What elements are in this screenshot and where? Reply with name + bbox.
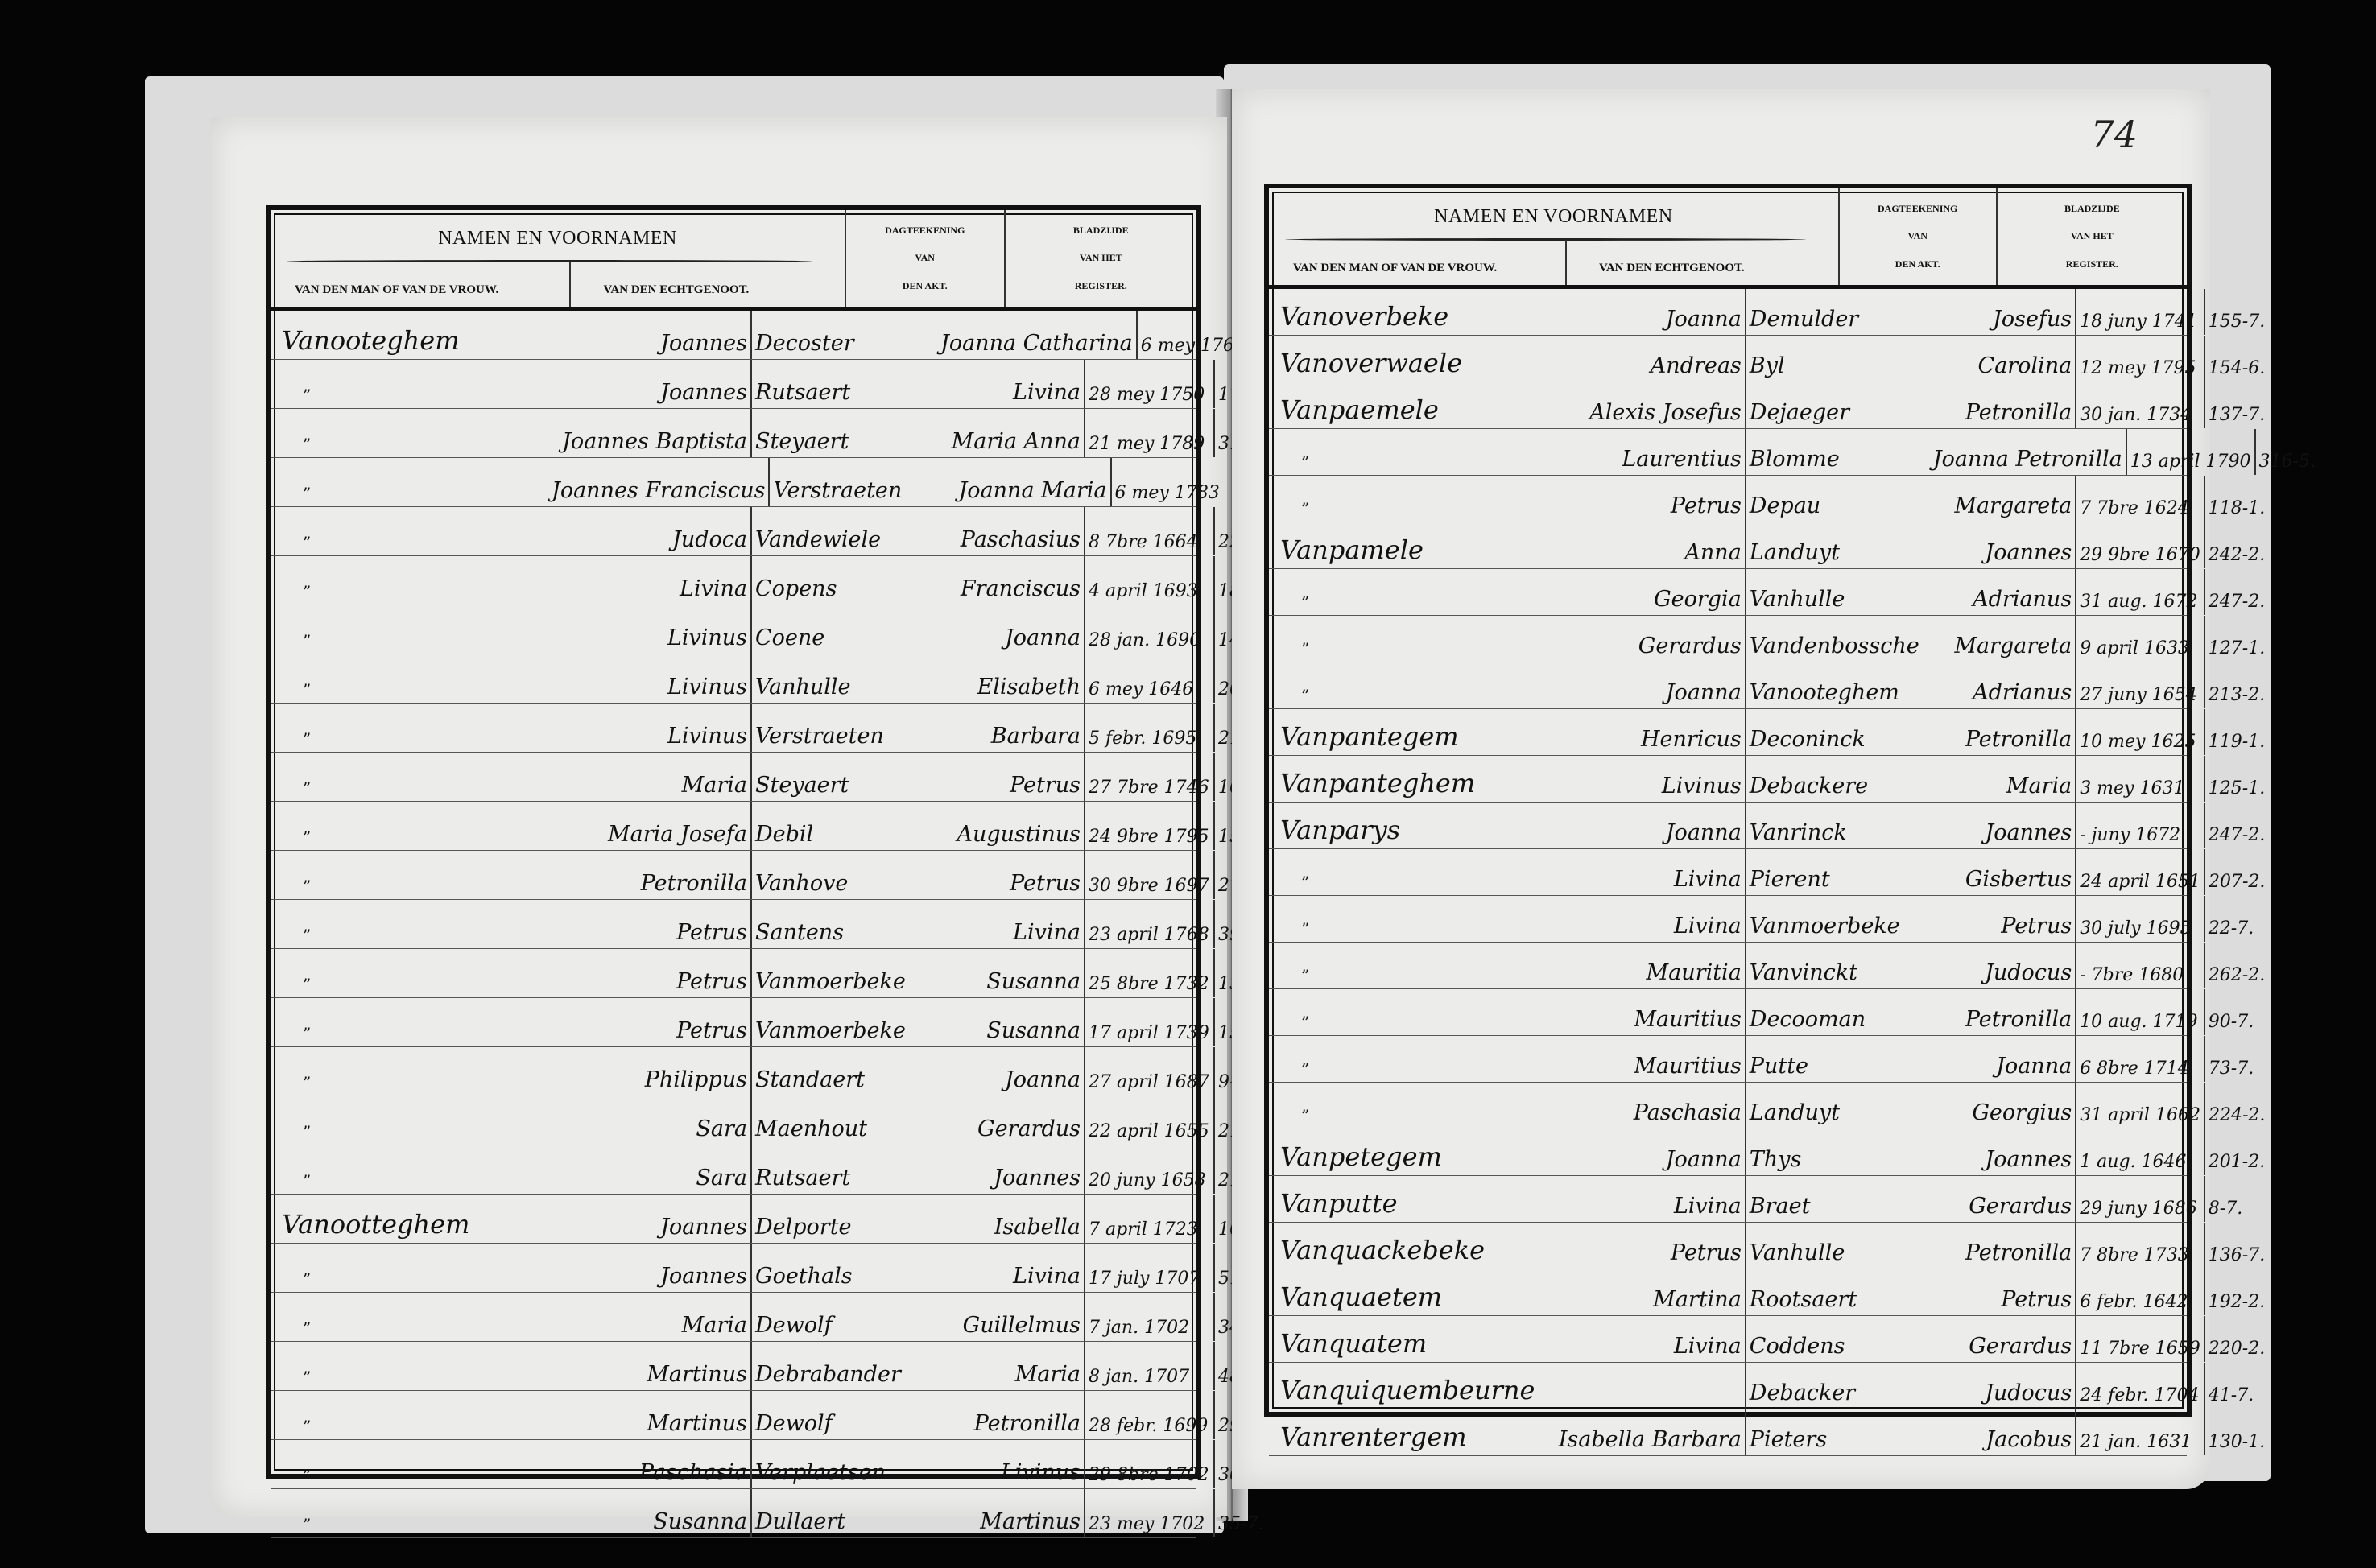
given-name: Maria	[548, 753, 752, 801]
header-brace	[1285, 238, 1806, 241]
given-name: Mauritius	[1544, 989, 1746, 1035]
register-entry-row: Vanrentergem Isabella Barbara Pieters Ja…	[1269, 1409, 2187, 1456]
surname: Vanpanteghem	[1269, 768, 1544, 802]
act-date: 18 juny 1741	[2076, 289, 2205, 335]
given-name: Petrus	[1544, 1223, 1746, 1269]
act-date: 25 8bre 1732	[1085, 949, 1215, 997]
register-header-line1: BLADZIJDE	[2064, 203, 2120, 215]
spouse-surname: Rootsaert	[1746, 1269, 1930, 1315]
register-page: 220-2.	[2205, 1316, 2268, 1362]
register-header-line3: REGISTER.	[1075, 280, 1127, 292]
act-date: 10 mey 1625	[2076, 709, 2205, 755]
register-entry-row: ” Joannes Franciscus Verstraeten Joanna …	[271, 458, 1196, 507]
spouse-given-name: Petronilla	[937, 1391, 1085, 1439]
register-page: 22-7.	[2205, 896, 2257, 942]
spouse-surname: Dewolf	[752, 1391, 937, 1439]
spouse-surname: Decoster	[752, 311, 937, 359]
given-name: Georgia	[1544, 569, 1746, 615]
register-entry-row: ” Laurentius Blomme Joanna Petronilla 13…	[1269, 429, 2187, 476]
given-name: Laurentius	[1544, 429, 1746, 475]
given-name: Judoca	[548, 507, 752, 555]
given-name: Livina	[1544, 1176, 1746, 1222]
act-date: 24 april 1651	[2076, 849, 2205, 895]
spouse-given-name: Joanna Maria	[955, 458, 1111, 506]
spouse-given-name: Margareta	[1930, 616, 2076, 662]
act-date: 20 juny 1658	[1085, 1145, 1215, 1194]
left-page: NAMEN EN VOORNAMEN VAN DEN MAN OF VAN DE…	[211, 117, 1227, 1517]
register-page: 247-2.	[2205, 569, 2268, 615]
surname: ”	[271, 1318, 548, 1341]
register-entry-row: ” Susanna Dullaert Martinus 23 mey 1702 …	[271, 1489, 1196, 1538]
act-date: 28 jan. 1690	[1085, 605, 1215, 654]
given-name: Joannes Franciscus	[548, 458, 770, 506]
surname: ”	[271, 926, 548, 948]
act-date: 29 9bre 1670	[2076, 522, 2205, 568]
register-header-line2: VAN HET	[1080, 252, 1122, 264]
act-date: 17 april 1739	[1085, 998, 1215, 1046]
spouse-given-name: Joannes	[1930, 803, 2076, 848]
given-name: Alexis Josefus	[1544, 382, 1746, 428]
names-header: NAMEN EN VOORNAMEN VAN DEN MAN OF VAN DE…	[1269, 188, 1840, 285]
given-name: Joanna	[1544, 289, 1746, 335]
spouse-surname: Landuyt	[1746, 1083, 1930, 1129]
register-entry-row: ” Livinus Verstraeten Barbara 5 febr. 16…	[271, 704, 1196, 753]
surname: ”	[271, 975, 548, 997]
act-date: 6 mey 1646	[1085, 654, 1215, 703]
register-page: 90-7.	[2205, 989, 2257, 1035]
names-title: NAMEN EN VOORNAMEN	[271, 228, 845, 250]
spouse-surname: Verstraeten	[770, 458, 955, 506]
spouse-given-name: Judocus	[1930, 1363, 2076, 1409]
register-entry-row: Vanoverwaele Andreas Byl Carolina 12 mey…	[1269, 336, 2187, 382]
spouse-surname: Deconinck	[1746, 709, 1930, 755]
register-entry-row: Vanquatem Livina Coddens Gerardus 11 7br…	[1269, 1316, 2187, 1363]
act-date: 7 april 1723	[1085, 1195, 1215, 1243]
page-number: 74	[2090, 113, 2138, 156]
surname: ”	[271, 582, 548, 605]
register-entry-row: Vanquaetem Martina Rootsaert Petrus 6 fe…	[1269, 1269, 2187, 1316]
surname: ”	[271, 680, 548, 703]
act-date: 12 mey 1795	[2076, 336, 2205, 382]
spouse-given-name: Augustinus	[937, 802, 1085, 850]
register-page: 35-7.	[1215, 1489, 1267, 1537]
spouse-given-name: Joannes	[1930, 522, 2076, 568]
act-date: 29 8bre 1702	[1085, 1440, 1215, 1488]
header-divider	[1565, 240, 1567, 285]
register-page: 125-1.	[2205, 756, 2268, 802]
register-entry-row: ” Sara Rutsaert Joannes 20 juny 1658 219…	[271, 1145, 1196, 1195]
surname: Vanparys	[1269, 815, 1544, 848]
given-name: Livina	[1544, 849, 1746, 895]
given-name: Livina	[548, 556, 752, 605]
names-title: NAMEN EN VOORNAMEN	[1269, 206, 1838, 228]
register-column-header: BLADZIJDE VAN HET REGISTER.	[1998, 188, 2187, 285]
spouse-surname: Coene	[752, 605, 937, 654]
spouse-given-name: Maria Anna	[937, 409, 1085, 457]
surname: ”	[1269, 1059, 1544, 1082]
given-name: Joannes	[548, 360, 752, 408]
given-name: Livina	[1544, 896, 1746, 942]
register-entry-row: ” Petrus Vanmoerbeke Susanna 25 8bre 173…	[271, 949, 1196, 998]
act-date: - juny 1672	[2076, 803, 2205, 848]
act-date: 29 juny 1686	[2076, 1176, 2205, 1222]
register-page: 8-7.	[2205, 1176, 2246, 1222]
surname: Vanootteghem	[271, 1209, 548, 1243]
spouse-given-name: Joanna	[937, 605, 1085, 654]
spouse-given-name: Margareta	[1930, 476, 2076, 522]
spouse-surname: Maenhout	[752, 1096, 937, 1145]
register-page: 213-2.	[2205, 662, 2268, 708]
act-date: 28 febr. 1699	[1085, 1391, 1215, 1439]
given-name: Paschasia	[1544, 1083, 1746, 1129]
given-name: Isabella Barbara	[1544, 1409, 1746, 1455]
spouse-surname: Standaert	[752, 1047, 937, 1096]
given-name: Mauritia	[1544, 943, 1746, 988]
register-column-header: BLADZIJDE VAN HET REGISTER.	[1006, 210, 1197, 307]
spouse-surname: Verstraeten	[752, 704, 937, 752]
spouse-surname: Coddens	[1746, 1316, 1930, 1362]
spouse-surname: Pierent	[1746, 849, 1930, 895]
spouse-surname: Vanmoerbeke	[752, 998, 937, 1046]
surname: ”	[1269, 639, 1544, 662]
surname: ”	[271, 1122, 548, 1145]
spouse-given-name: Joanna	[937, 1047, 1085, 1096]
spouse-surname: Vanmoerbeke	[1746, 896, 1930, 942]
spouse-surname: Landuyt	[1746, 522, 1930, 568]
register-entry-row: ” Maria Steyaert Petrus 27 7bre 1746 169…	[271, 753, 1196, 802]
spouse-given-name: Gisbertus	[1930, 849, 2076, 895]
register-entry-row: Vanpamele Anna Landuyt Joannes 29 9bre 1…	[1269, 522, 2187, 569]
surname: ”	[271, 1515, 548, 1537]
spouse-given-name: Barbara	[937, 704, 1085, 752]
register-entry-row: ” Mauritius Putte Joanna 6 8bre 1714 73-…	[1269, 1036, 2187, 1083]
surname: Vanpaemele	[1269, 394, 1544, 428]
surname: ”	[271, 631, 548, 654]
given-name: Joannes	[548, 1195, 752, 1243]
given-name: Sara	[548, 1096, 752, 1145]
right-entries: Vanoverbeke Joanna Demulder Josefus 18 j…	[1269, 289, 2187, 1456]
given-name: Susanna	[548, 1489, 752, 1537]
register-entry-row: ” Joannes Rutsaert Livina 28 mey 1750 17…	[271, 360, 1196, 409]
given-name: Joanna	[1544, 1129, 1746, 1175]
act-date: 30 9bre 1697	[1085, 851, 1215, 899]
spouse-given-name: Joanna Catharina	[937, 311, 1138, 359]
given-name: Andreas	[1544, 336, 1746, 382]
spouse-given-name: Josefus	[1930, 289, 2076, 335]
given-name: Gerardus	[1544, 616, 1746, 662]
register-entry-row: ” Joannes Baptista Steyaert Maria Anna 2…	[271, 409, 1196, 458]
surname: ”	[1269, 452, 1544, 475]
register-entry-row: Vanputte Livina Braet Gerardus 29 juny 1…	[1269, 1176, 2187, 1223]
spouse-surname: Pieters	[1746, 1409, 1930, 1455]
given-name: Martina	[1544, 1269, 1746, 1315]
register-entry-row: ” Mauritia Vanvinckt Judocus - 7bre 1680…	[1269, 943, 2187, 989]
given-name: Petrus	[548, 998, 752, 1046]
surname: Vanquackebeke	[1269, 1235, 1544, 1269]
register-page: 155-7.	[2205, 289, 2268, 335]
spouse-surname: Vanrinck	[1746, 803, 1930, 848]
surname: Vanooteghem	[271, 325, 548, 359]
spouse-given-name: Joannes	[937, 1145, 1085, 1194]
spouse-given-name: Carolina	[1930, 336, 2076, 382]
spouse-given-name: Petronilla	[1930, 989, 2076, 1035]
spouse-given-name: Elisabeth	[937, 654, 1085, 703]
spouse-given-name: Petronilla	[1930, 1223, 2076, 1269]
right-page: 74 NAMEN EN VOORNAMEN VAN DEN MAN OF VAN…	[1232, 89, 2210, 1489]
act-date: 23 april 1768	[1085, 900, 1215, 948]
register-entry-row: ” Maria Josefa Debil Augustinus 24 9bre …	[271, 802, 1196, 851]
surname: ”	[1269, 966, 1544, 988]
act-date: 30 july 1695	[2076, 896, 2205, 942]
surname: ”	[1269, 1013, 1544, 1035]
act-date: 3 mey 1631	[2076, 756, 2205, 802]
given-name: Philippus	[548, 1047, 752, 1096]
register-header-line3: REGISTER.	[2066, 258, 2118, 270]
surname: ”	[271, 827, 548, 850]
register-entry-row: ” Livina Pierent Gisbertus 24 april 1651…	[1269, 849, 2187, 896]
spouse-given-name: Isabella	[937, 1195, 1085, 1243]
register-entry-row: ” Judoca Vandewiele Paschasius 8 7bre 16…	[271, 507, 1196, 556]
given-name: Martinus	[548, 1342, 752, 1390]
person-column-header: VAN DEN MAN OF VAN DE VROUW.	[1293, 262, 1497, 275]
act-date: 4 april 1693	[1085, 556, 1215, 605]
given-name: Petrus	[548, 949, 752, 997]
date-header-line3: DEN AKT.	[1895, 258, 1940, 270]
register-entry-row: ” Livina Vanmoerbeke Petrus 30 july 1695…	[1269, 896, 2187, 943]
given-name: Livinus	[548, 704, 752, 752]
table-header: NAMEN EN VOORNAMEN VAN DEN MAN OF VAN DE…	[1269, 188, 2187, 289]
surname: Vanputte	[1269, 1188, 1544, 1222]
register-page: 154-6.	[2205, 336, 2268, 382]
spouse-surname: Santens	[752, 900, 937, 948]
register-page: 224-2.	[2205, 1083, 2268, 1129]
spouse-surname: Depau	[1746, 476, 1930, 522]
surname: Vanoverwaele	[1269, 348, 1544, 382]
register-entry-row: ” Livinus Coene Joanna 28 jan. 1690 14-7…	[271, 605, 1196, 654]
register-page: 73-7.	[2205, 1036, 2257, 1082]
register-page: 192-2.	[2205, 1269, 2268, 1315]
act-date: 28 mey 1750	[1085, 360, 1215, 408]
spouse-given-name: Petronilla	[1930, 709, 2076, 755]
spouse-surname: Goethals	[752, 1244, 937, 1292]
register-entry-row: ” Petrus Vanmoerbeke Susanna 17 april 17…	[271, 998, 1196, 1047]
act-date: 9 april 1633	[2076, 616, 2205, 662]
surname: Vanquatem	[1269, 1328, 1544, 1362]
surname: ”	[271, 778, 548, 801]
surname: ”	[271, 1269, 548, 1292]
left-entries: Vanooteghem Joannes Decoster Joanna Cath…	[271, 311, 1196, 1538]
surname: ”	[1269, 686, 1544, 708]
spouse-surname: Steyaert	[752, 753, 937, 801]
given-name	[1544, 1363, 1746, 1409]
spouse-given-name: Adrianus	[1930, 569, 2076, 615]
spouse-given-name: Martinus	[937, 1489, 1085, 1537]
surname: ”	[1269, 1106, 1544, 1129]
register-page: 118-1.	[2205, 476, 2268, 522]
register-entry-row: Vanquiquembeurne Debacker Judocus 24 feb…	[1269, 1363, 2187, 1409]
given-name: Livina	[1544, 1316, 1746, 1362]
date-header-line3: DEN AKT.	[903, 280, 948, 292]
register-entry-row: Vanpanteghem Livinus Debackere Maria 3 m…	[1269, 756, 2187, 803]
spouse-given-name: Adrianus	[1930, 662, 2076, 708]
spouse-surname: Dewolf	[752, 1293, 937, 1341]
given-name: Anna	[1544, 522, 1746, 568]
act-date: 17 july 1707	[1085, 1244, 1215, 1292]
act-date: 5 febr. 1695	[1085, 704, 1215, 752]
spouse-surname: Thys	[1746, 1129, 1930, 1175]
spouse-given-name: Franciscus	[937, 556, 1085, 605]
spouse-given-name: Livina	[937, 900, 1085, 948]
surname: Vanquiquembeurne	[1269, 1375, 1544, 1409]
spouse-given-name: Joanna Petronilla	[1930, 429, 2127, 475]
spouse-surname: Debrabander	[752, 1342, 937, 1390]
table-header: NAMEN EN VOORNAMEN VAN DEN MAN OF VAN DE…	[271, 210, 1196, 311]
spouse-surname: Debacker	[1746, 1363, 1930, 1409]
register-entry-row: Vanquackebeke Petrus Vanhulle Petronilla…	[1269, 1223, 2187, 1269]
spouse-given-name: Gerardus	[937, 1096, 1085, 1145]
register-page: 316-5.	[2256, 429, 2319, 475]
given-name: Joannes	[548, 1244, 752, 1292]
given-name: Sara	[548, 1145, 752, 1194]
act-date: 24 febr. 1704	[2076, 1363, 2205, 1409]
surname: ”	[1269, 873, 1544, 895]
surname: ”	[271, 1466, 548, 1488]
act-date: 11 7bre 1659	[2076, 1316, 2205, 1362]
register-entry-row: ” Mauritius Decooman Petronilla 10 aug. …	[1269, 989, 2187, 1036]
spouse-surname: Byl	[1746, 336, 1930, 382]
act-date: 30 jan. 1734	[2076, 382, 2205, 428]
register-entry-row: ” Paschasia Verplaetsen Livinus 29 8bre …	[271, 1440, 1196, 1489]
register-entry-row: ” Petrus Depau Margareta 7 7bre 1624 118…	[1269, 476, 2187, 522]
spouse-given-name: Petrus	[937, 851, 1085, 899]
spouse-given-name: Maria	[1930, 756, 2076, 802]
spouse-given-name: Petrus	[1930, 1269, 2076, 1315]
spouse-surname: Demulder	[1746, 289, 1930, 335]
surname: ”	[271, 1417, 548, 1439]
register-page: 242-2.	[2205, 522, 2268, 568]
spouse-surname: Vandenbossche	[1746, 616, 1930, 662]
spouse-surname: Dullaert	[752, 1489, 937, 1537]
register-entry-row: Vanootteghem Joannes Delporte Isabella 7…	[271, 1195, 1196, 1244]
register-entry-row: ” Georgia Vanhulle Adrianus 31 aug. 1672…	[1269, 569, 2187, 616]
surname: ”	[271, 1171, 548, 1194]
register-page: 127-1.	[2205, 616, 2268, 662]
register-entry-row: ” Sara Maenhout Gerardus 22 april 1655 2…	[271, 1096, 1196, 1145]
spouse-surname: Vanhulle	[752, 654, 937, 703]
spouse-surname: Vanhulle	[1746, 569, 1930, 615]
spouse-surname: Delporte	[752, 1195, 937, 1243]
right-register-table: NAMEN EN VOORNAMEN VAN DEN MAN OF VAN DE…	[1264, 184, 2192, 1417]
spouse-given-name: Jacobus	[1930, 1409, 2076, 1455]
given-name: Joannes Baptista	[548, 409, 752, 457]
register-page: 41-7.	[2205, 1363, 2257, 1409]
given-name: Petrus	[1544, 476, 1746, 522]
act-date: 27 juny 1654	[2076, 662, 2205, 708]
surname: ”	[1269, 919, 1544, 942]
left-register-table: NAMEN EN VOORNAMEN VAN DEN MAN OF VAN DE…	[266, 205, 1201, 1479]
register-entry-row: ” Petronilla Vanhove Petrus 30 9bre 1697…	[271, 851, 1196, 900]
register-page: 137-7.	[2205, 382, 2268, 428]
spouse-surname: Rutsaert	[752, 360, 937, 408]
register-entry-row: ” Petrus Santens Livina 23 april 1768 39…	[271, 900, 1196, 949]
given-name: Maria Josefa	[548, 802, 752, 850]
register-entry-row: ” Gerardus Vandenbossche Margareta 9 apr…	[1269, 616, 2187, 662]
spouse-given-name: Petronilla	[1930, 382, 2076, 428]
given-name: Livinus	[548, 654, 752, 703]
spouse-given-name: Judocus	[1930, 943, 2076, 988]
register-page: 262-2.	[2205, 943, 2268, 988]
spouse-given-name: Susanna	[937, 949, 1085, 997]
spouse-surname: Vandewiele	[752, 507, 937, 555]
spouse-given-name: Petrus	[937, 753, 1085, 801]
surname: Vanrentergem	[1269, 1422, 1544, 1455]
register-entry-row: Vanpetegem Joanna Thys Joannes 1 aug. 16…	[1269, 1129, 2187, 1176]
register-entry-row: ” Paschasia Landuyt Georgius 31 april 16…	[1269, 1083, 2187, 1129]
act-date: 7 8bre 1733	[2076, 1223, 2205, 1269]
spouse-column-header: VAN DEN ECHTGENOOT.	[604, 283, 750, 297]
surname: ”	[271, 1368, 548, 1390]
spouse-given-name: Maria	[937, 1342, 1085, 1390]
spouse-given-name: Livina	[937, 360, 1085, 408]
spouse-surname: Decooman	[1746, 989, 1930, 1035]
surname: ”	[271, 484, 548, 506]
spouse-surname: Putte	[1746, 1036, 1930, 1082]
act-date: - 7bre 1680	[2076, 943, 2205, 988]
act-date: 27 7bre 1746	[1085, 753, 1215, 801]
spouse-given-name: Livinus	[937, 1440, 1085, 1488]
given-name: Livinus	[548, 605, 752, 654]
register-entry-row: Vanpantegem Henricus Deconinck Petronill…	[1269, 709, 2187, 756]
given-name: Maria	[548, 1293, 752, 1341]
spouse-surname: Vanhove	[752, 851, 937, 899]
spouse-surname: Verplaetsen	[752, 1440, 937, 1488]
names-header: NAMEN EN VOORNAMEN VAN DEN MAN OF VAN DE…	[271, 210, 846, 307]
given-name: Livinus	[1544, 756, 1746, 802]
register-page: 136-7.	[2205, 1223, 2268, 1269]
spouse-given-name: Guillelmus	[937, 1293, 1085, 1341]
surname: Vanpetegem	[1269, 1141, 1544, 1175]
spouse-given-name: Livina	[937, 1244, 1085, 1292]
given-name: Petronilla	[548, 851, 752, 899]
register-page: 130-1.	[2205, 1409, 2268, 1455]
given-name: Paschasia	[548, 1440, 752, 1488]
date-column-header: DAGTEEKENING VAN DEN AKT.	[1840, 188, 1998, 285]
given-name: Martinus	[548, 1391, 752, 1439]
spouse-surname: Debackere	[1746, 756, 1930, 802]
register-entry-row: ” Maria Dewolf Guillelmus 7 jan. 1702 34…	[271, 1293, 1196, 1342]
register-entry-row: ” Philippus Standaert Joanna 27 april 16…	[271, 1047, 1196, 1096]
surname: ”	[271, 435, 548, 457]
spouse-given-name: Georgius	[1930, 1083, 2076, 1129]
spouse-surname: Copens	[752, 556, 937, 605]
given-name: Mauritius	[1544, 1036, 1746, 1082]
surname: ”	[1269, 499, 1544, 522]
act-date: 31 aug. 1672	[2076, 569, 2205, 615]
act-date: 24 9bre 1795	[1085, 802, 1215, 850]
spouse-surname: Steyaert	[752, 409, 937, 457]
register-entry-row: ” Livina Copens Franciscus 4 april 1693 …	[271, 556, 1196, 605]
register-entry-row: Vanooteghem Joannes Decoster Joanna Cath…	[271, 311, 1196, 360]
act-date: 8 7bre 1664	[1085, 507, 1215, 555]
person-column-header: VAN DEN MAN OF VAN DE VROUW.	[295, 283, 498, 297]
spouse-given-name: Susanna	[937, 998, 1085, 1046]
surname: Vanoverbeke	[1269, 301, 1544, 335]
register-header-line2: VAN HET	[2071, 230, 2114, 242]
spouse-surname: Dejaeger	[1746, 382, 1930, 428]
spouse-surname: Debil	[752, 802, 937, 850]
act-date: 6 mey 1783	[1112, 458, 1242, 506]
act-date: 1 aug. 1646	[2076, 1129, 2205, 1175]
